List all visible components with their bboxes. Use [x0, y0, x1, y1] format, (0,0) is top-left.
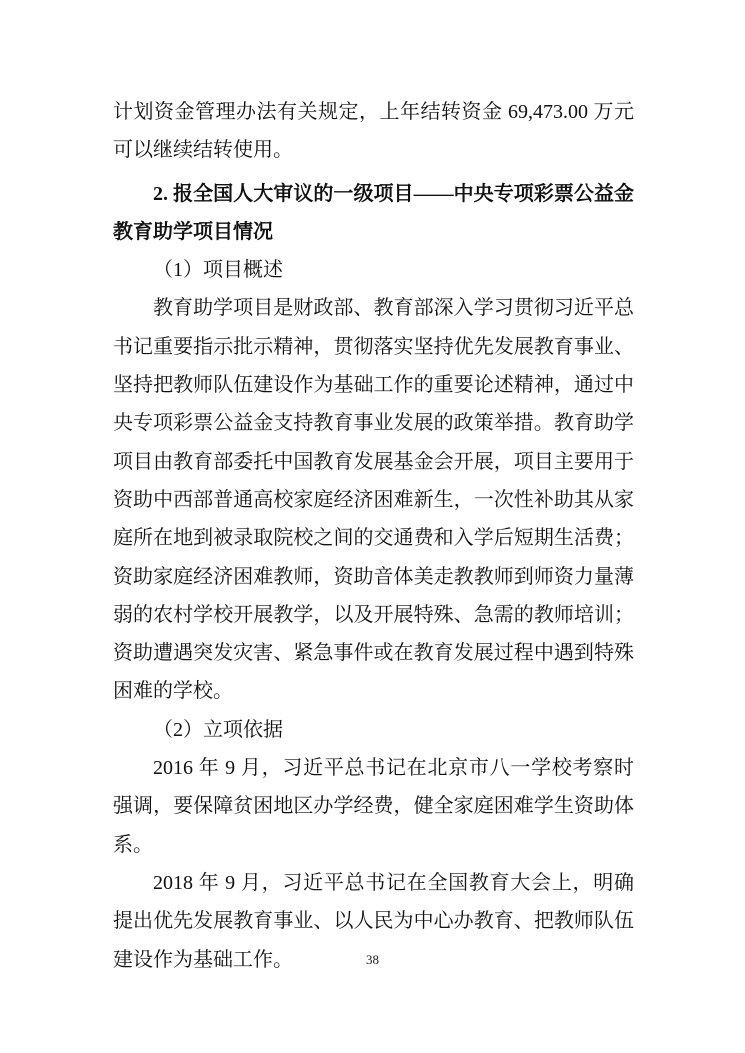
document-page: 计划资金管理办法有关规定，上年结转资金 69,473.00 万元可以继续结转使用… — [0, 0, 745, 1053]
page-number: 38 — [0, 952, 745, 968]
section-heading-lottery-fund-project: 2. 报全国人大审议的一级项目——中央专项彩票公益金教育助学项目情况 — [113, 175, 634, 252]
subheading-project-basis: （2）立项依据 — [113, 711, 634, 749]
paragraph-project-overview: 教育助学项目是财政部、教育部深入学习贯彻习近平总书记重要指示批示精神，贯彻落实坚… — [113, 289, 634, 710]
paragraph-carryover-funds: 计划资金管理办法有关规定，上年结转资金 69,473.00 万元可以继续结转使用… — [113, 93, 634, 170]
subheading-project-overview: （1）项目概述 — [113, 251, 634, 289]
page-body-text: 计划资金管理办法有关规定，上年结转资金 69,473.00 万元可以继续结转使用… — [113, 93, 634, 979]
paragraph-basis-2016: 2016 年 9 月，习近平总书记在北京市八一学校考察时强调，要保障贫困地区办学… — [113, 749, 634, 864]
